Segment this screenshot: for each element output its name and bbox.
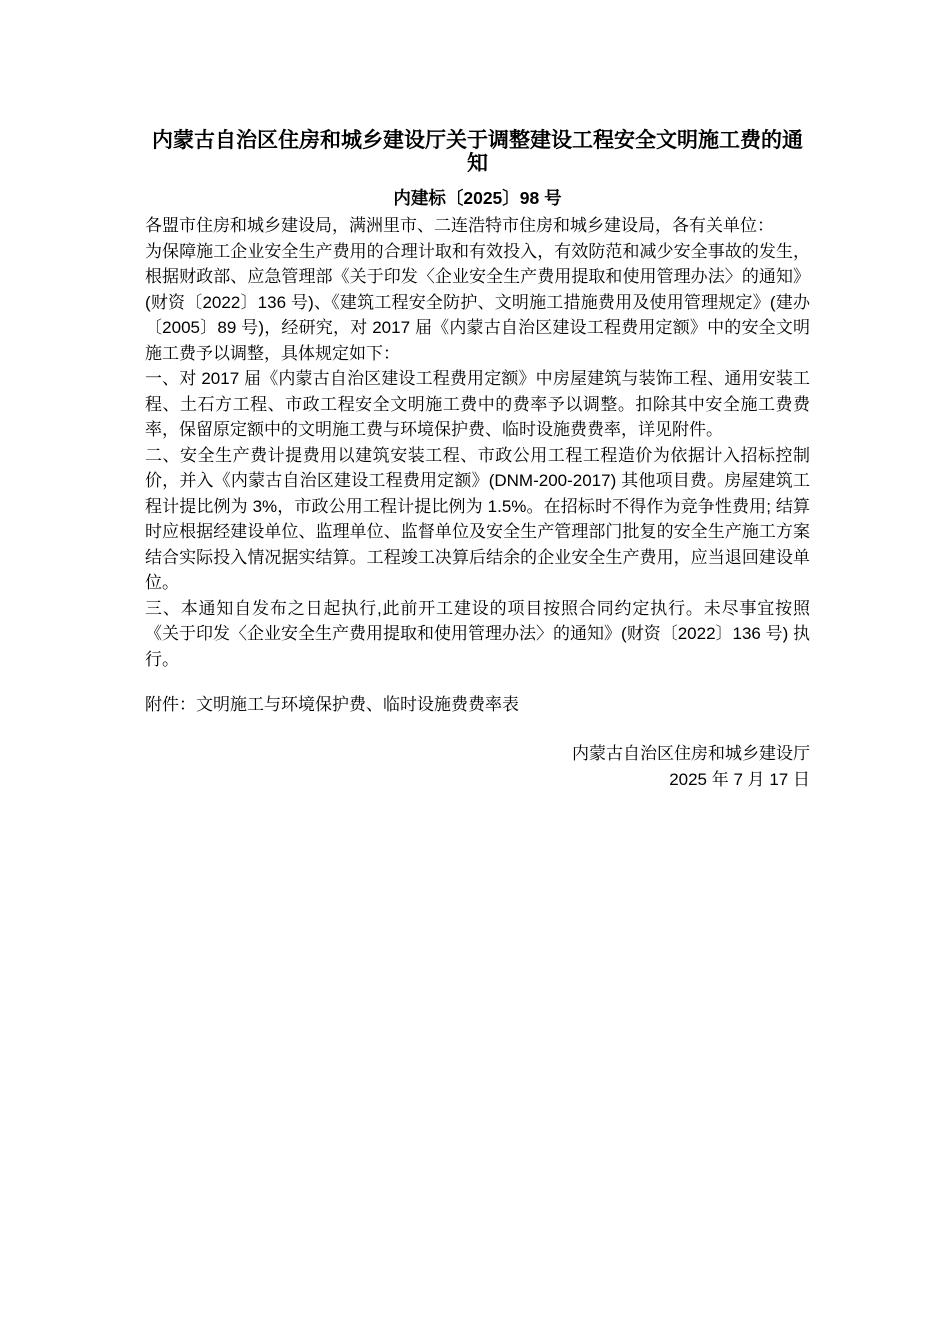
salutation: 各盟市住房和城乡建设局，满洲里市、二连浩特市住房和城乡建设局，各有关单位： xyxy=(145,213,810,239)
issuer-signature: 内蒙古自治区住房和城乡建设厅 xyxy=(145,741,810,767)
paragraph-item-1: 一、对 2017 届《内蒙古自治区建设工程费用定额》中房屋建筑与装饰工程、通用安… xyxy=(145,366,810,443)
paragraph-item-2: 二、安全生产费计提费用以建筑安装工程、市政公用工程工程造价为依据计入招标控制价，… xyxy=(145,443,810,596)
paragraph-item-3: 三、本通知自发布之日起执行,此前开工建设的项目按照合同约定执行。未尽事宜按照《关… xyxy=(145,596,810,673)
issue-date: 2025 年 7 月 17 日 xyxy=(145,767,810,793)
notice-body: 各盟市住房和城乡建设局，满洲里市、二连浩特市住房和城乡建设局，各有关单位： 为保… xyxy=(145,213,810,672)
paragraph-intro: 为保障施工企业安全生产费用的合理计取和有效投入，有效防范和减少安全事故的发生，根… xyxy=(145,239,810,367)
signature-block: 内蒙古自治区住房和城乡建设厅 2025 年 7 月 17 日 xyxy=(145,741,810,793)
notice-title: 内蒙古自治区住房和城乡建设厅关于调整建设工程安全文明施工费的通知 xyxy=(145,0,810,175)
attachment-note: 附件：文明施工与环境保护费、临时设施费费率表 xyxy=(145,692,810,718)
notice-document: 内蒙古自治区住房和城乡建设厅关于调整建设工程安全文明施工费的通知 内建标〔202… xyxy=(0,0,950,1344)
doc-number: 内建标〔2025〕98 号 xyxy=(145,188,810,208)
